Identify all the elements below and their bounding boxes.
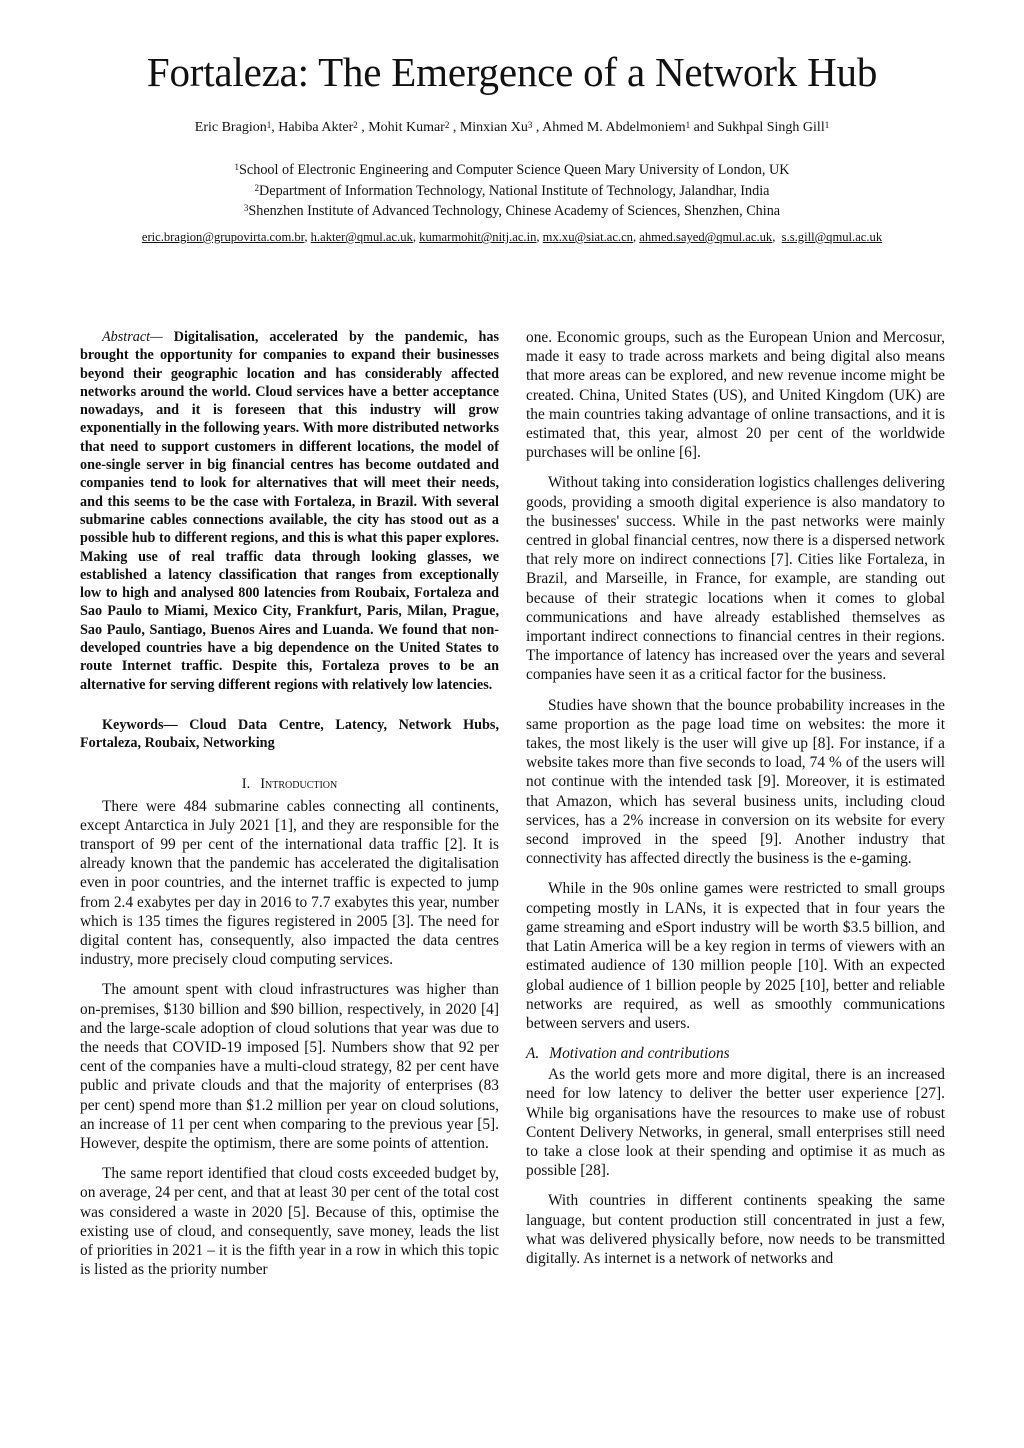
email-link[interactable]: eric.bragion@grupovirta.com.br	[142, 230, 305, 244]
email-link[interactable]: s.s.gill@qmul.ac.uk	[782, 230, 882, 244]
subsection-title: Motivation and contributions	[549, 1045, 729, 1062]
author-separator: ,	[358, 120, 369, 135]
author-separator: ,	[449, 120, 460, 135]
right-column: one. Economic groups, such as the Europe…	[526, 328, 945, 1279]
affiliation-text: Department of Information Technology, Na…	[259, 183, 769, 199]
author-affiliation-mark: 2	[353, 120, 358, 130]
paragraph: The amount spent with cloud infrastructu…	[80, 980, 499, 1153]
author-name: Ahmed M. Abdelmoniem	[542, 120, 686, 135]
affiliation-mark: 1	[235, 162, 240, 172]
affiliation-text: School of Electronic Engineering and Com…	[239, 162, 789, 178]
keywords: Keywords— Cloud Data Centre, Latency, Ne…	[80, 716, 499, 753]
author-name: Mohit Kumar	[368, 120, 445, 135]
paragraph: The same report identified that cloud co…	[80, 1164, 499, 1279]
paragraph: There were 484 submarine cables connecti…	[80, 797, 499, 970]
affiliation-2: 2Department of Information Technology, N…	[0, 181, 1024, 202]
affiliation-3: 3Shenzhen Institute of Advanced Technolo…	[0, 201, 1024, 222]
email-link[interactable]: mx.xu@siat.ac.cn	[543, 230, 633, 244]
affiliation-text: Shenzhen Institute of Advanced Technolog…	[248, 203, 780, 219]
email-list: eric.bragion@grupovirta.com.br, h.akter@…	[0, 228, 1024, 246]
paragraph-continued: one. Economic groups, such as the Europe…	[526, 328, 945, 462]
abstract-text: Digitalisation, accelerated by the pande…	[80, 329, 499, 693]
author-separator: and	[690, 120, 717, 135]
affiliation-mark: 2	[255, 183, 260, 193]
section-number: I.	[242, 776, 250, 792]
paragraph: Without taking into consideration logist…	[526, 473, 945, 684]
email-link[interactable]: ahmed.sayed@qmul.ac.uk	[639, 230, 772, 244]
abstract: Abstract— Digitalisation, accelerated by…	[80, 328, 499, 694]
email-link[interactable]: kumarmohit@nitj.ac.in	[419, 230, 536, 244]
subsection-heading-motivation: A.Motivation and contributions	[526, 1044, 945, 1063]
author-list: Eric Bragion1, Habiba Akter2 , Mohit Kum…	[0, 118, 1024, 138]
author-affiliation-mark: 2	[445, 120, 450, 130]
section-heading-introduction: I.Introduction	[80, 775, 499, 793]
author-affiliation-mark: 1	[686, 120, 691, 130]
paragraph: As the world gets more and more digital,…	[526, 1065, 945, 1180]
author-name: Minxian Xu	[460, 120, 528, 135]
author-affiliation-mark: 1	[825, 120, 830, 130]
paragraph: With countries in different continents s…	[526, 1191, 945, 1268]
affiliation-1: 1School of Electronic Engineering and Co…	[0, 160, 1024, 181]
author-name: Sukhpal Singh Gill	[717, 120, 824, 135]
paragraph: While in the 90s online games were restr…	[526, 879, 945, 1033]
affiliation-list: 1School of Electronic Engineering and Co…	[0, 160, 1024, 222]
author-separator: ,	[532, 120, 542, 135]
affiliation-mark: 3	[244, 203, 249, 213]
email-link[interactable]: h.akter@qmul.ac.uk	[311, 230, 413, 244]
author-affiliation-mark: 1	[267, 120, 272, 130]
paragraph: Studies have shown that the bounce proba…	[526, 696, 945, 869]
author-name: Eric Bragion	[195, 120, 267, 135]
section-title: Introduction	[260, 776, 337, 792]
subsection-number: A.	[526, 1045, 539, 1062]
author-name: Habiba Akter	[278, 120, 353, 135]
author-affiliation-mark: 3	[528, 120, 533, 130]
left-column: Abstract— Digitalisation, accelerated by…	[80, 328, 499, 1290]
abstract-label: Abstract—	[102, 329, 163, 345]
paper-title: Fortaleza: The Emergence of a Network Hu…	[0, 46, 1024, 98]
